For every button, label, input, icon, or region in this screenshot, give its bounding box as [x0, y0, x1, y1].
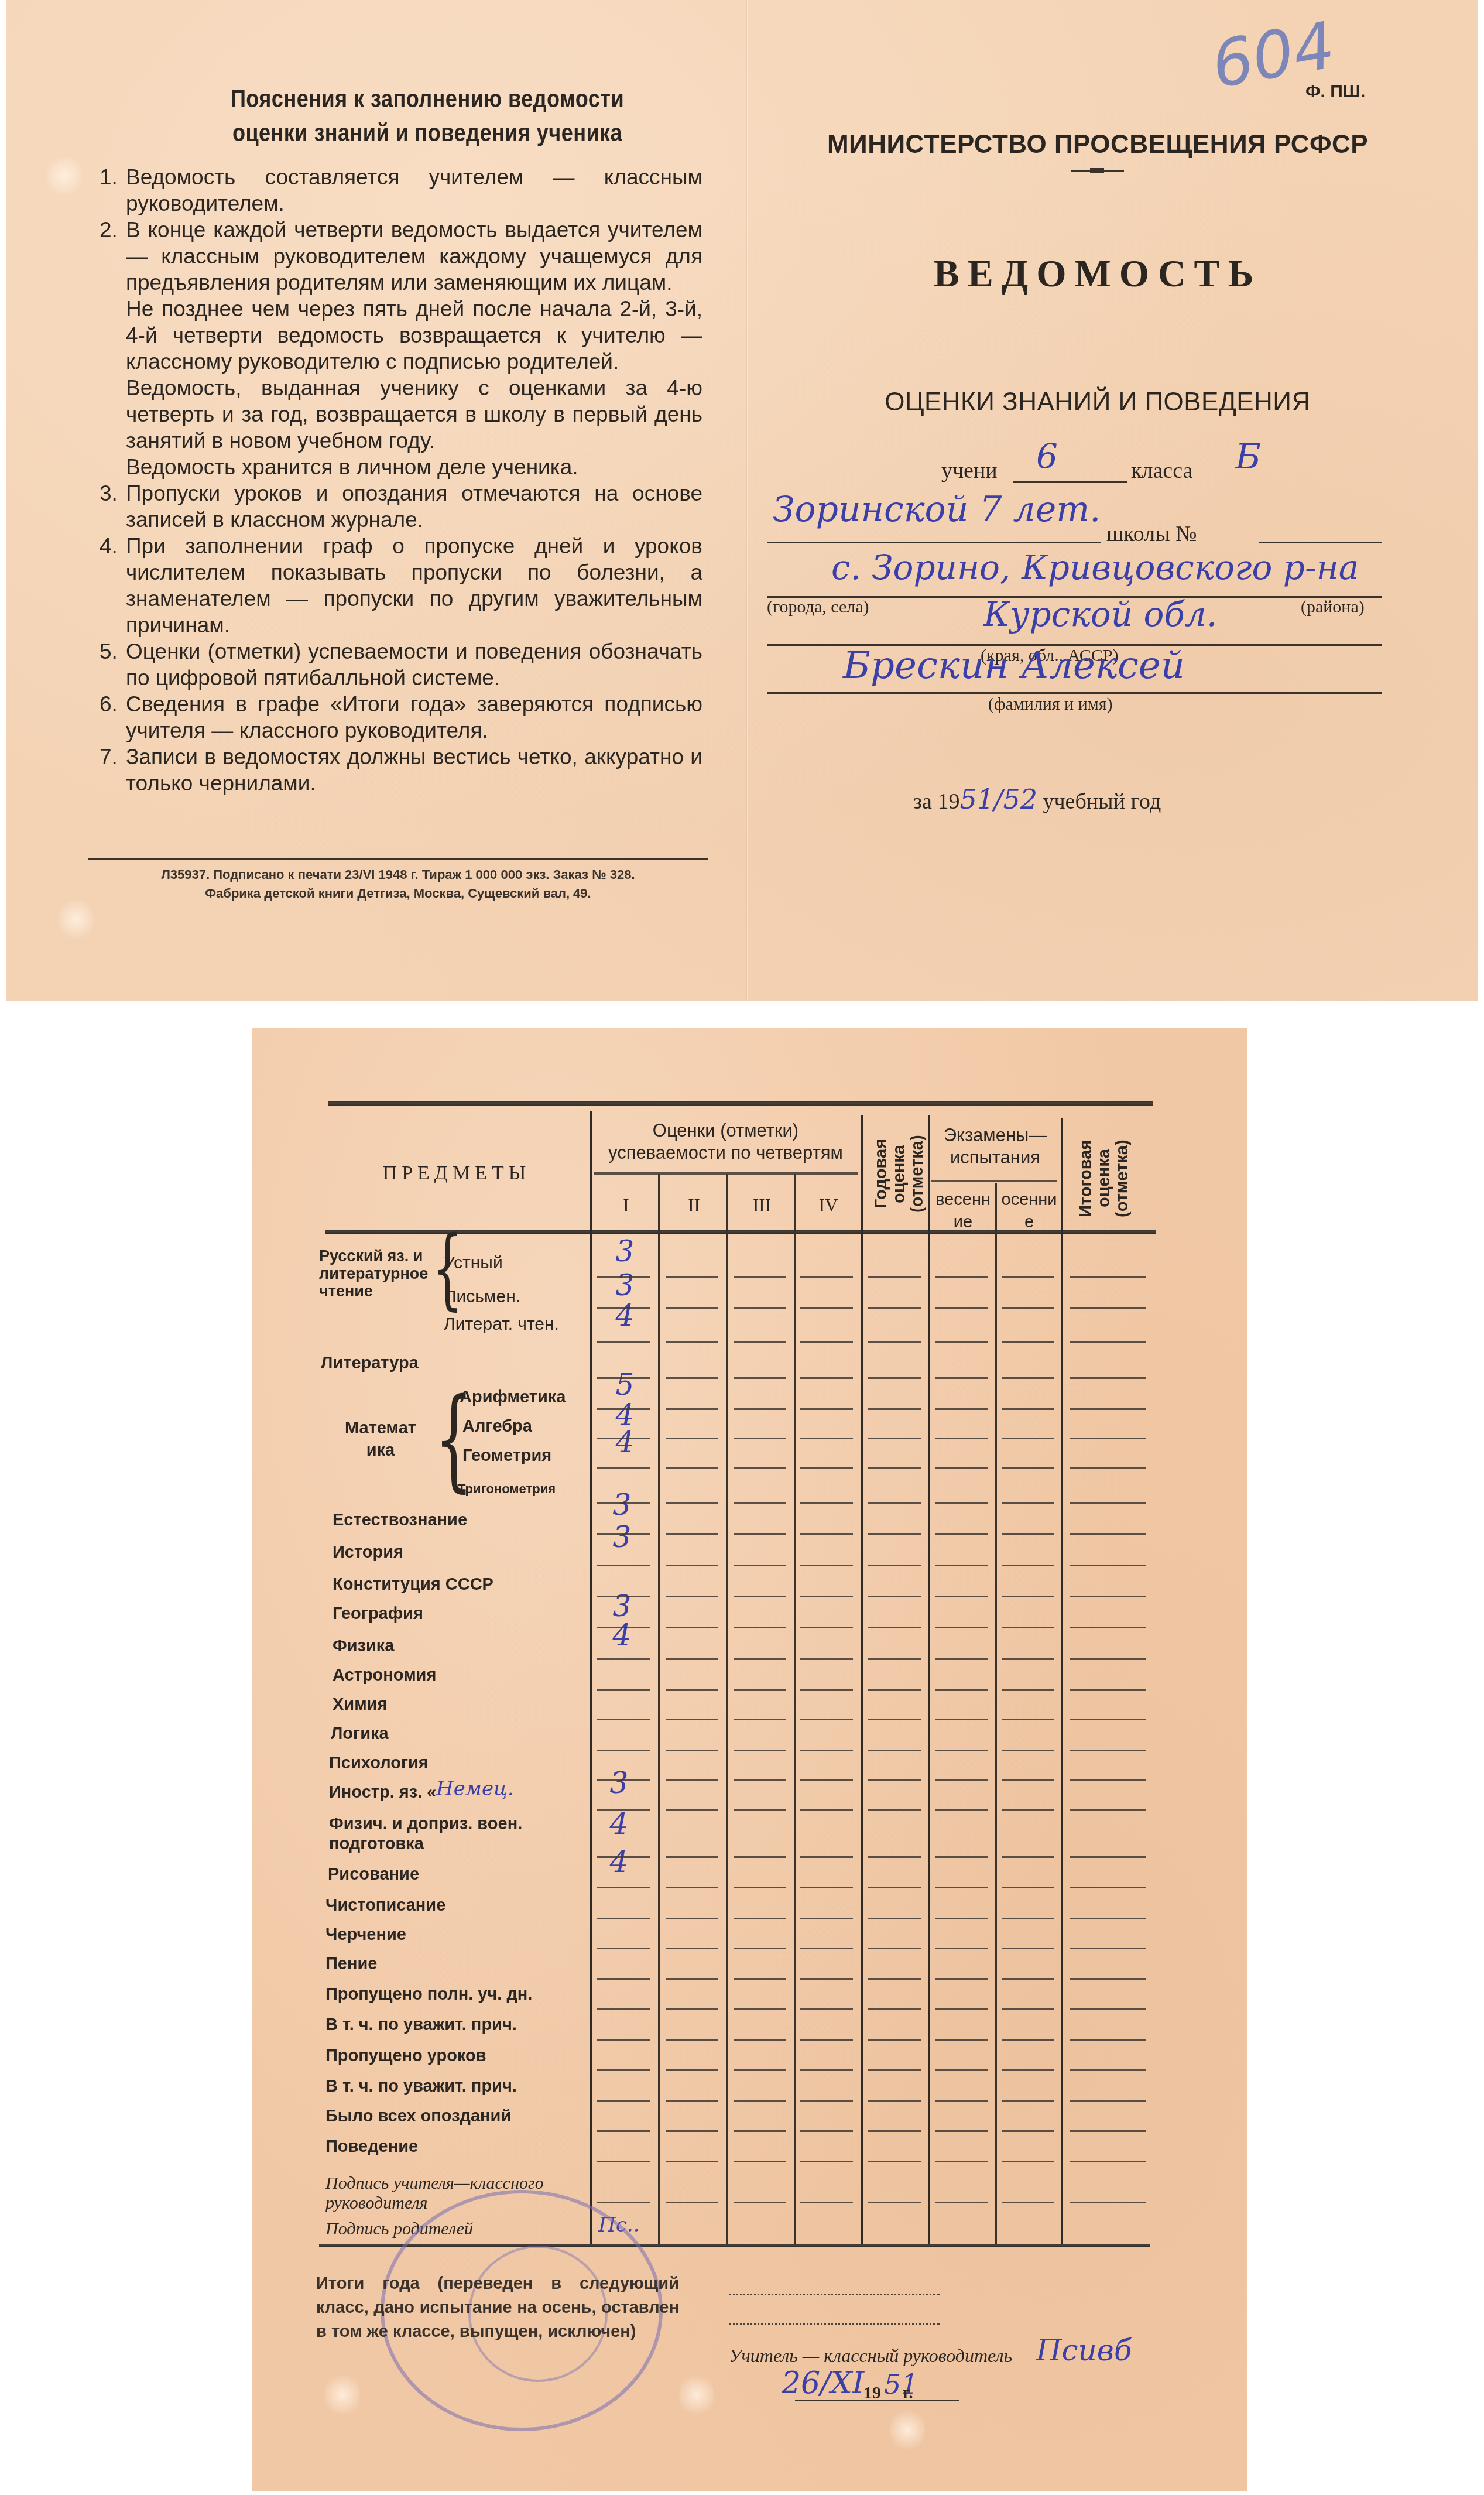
year-results-line-1[interactable] [729, 2294, 940, 2295]
row-label-missed-lessons-excused: В т. ч. по уважит. прич. [325, 2077, 517, 2096]
row-divider-dash [935, 1596, 988, 1597]
row-divider-dash [800, 2069, 853, 2071]
row-divider-dash [1002, 2130, 1054, 2132]
row-divider-dash [666, 1377, 718, 1379]
class-letter-field[interactable]: Б [1235, 436, 1261, 477]
row-label-technical-drawing: Черчение [325, 1925, 406, 1945]
row-label-foreign-language: Иностр. яз. « [329, 1783, 436, 1802]
row-divider-dash [734, 1307, 786, 1309]
date-field[interactable]: 26/XI [782, 2366, 864, 2401]
instruction-item: 3. Пропуски уроков и опоздания отмечаютс… [100, 480, 702, 533]
row-divider-dash [666, 1887, 718, 1888]
row-divider-dash [597, 2202, 650, 2203]
row-divider-dash [1002, 1467, 1054, 1469]
year-prefix: за 19 [913, 789, 959, 814]
row-label-oral: Устный [444, 1253, 503, 1273]
row-divider-dash [935, 1627, 988, 1628]
row-divider-dash [800, 1408, 853, 1410]
final-grade-header: Итоговая оценка (отметка) [1077, 1130, 1130, 1227]
row-divider-dash [734, 1689, 786, 1691]
row-label-missed-days: Пропущено полн. уч. дн. [325, 1985, 532, 2004]
row-divider-dash [1002, 1750, 1054, 1751]
row-divider-dash [800, 1307, 853, 1309]
row-divider-dash [935, 1438, 988, 1439]
row-divider-dash [800, 1779, 853, 1781]
row-divider-dash [1070, 1658, 1146, 1660]
row-divider-dash [734, 1408, 786, 1410]
row-divider-dash [734, 1377, 786, 1379]
row-divider-dash [597, 1408, 650, 1410]
row-divider-dash [868, 1377, 921, 1379]
row-divider-dash [666, 1948, 718, 1949]
row-divider-dash [868, 1948, 921, 1949]
row-divider-dash [597, 1502, 650, 1504]
row-label-lit-reading: Литерат. чтен. [444, 1315, 559, 1334]
row-divider-dash [1070, 1307, 1146, 1309]
row-divider-dash [734, 1809, 786, 1811]
row-divider-dash [666, 1779, 718, 1781]
row-divider-dash [935, 1565, 988, 1566]
grade-cell[interactable]: 5 [591, 1370, 659, 1399]
row-divider-dash [935, 1887, 988, 1888]
instruction-text: Пропуски уроков и опоздания отмечаются н… [126, 480, 702, 533]
year-results-caption: Итоги года (переведен в следующий класс,… [316, 2272, 679, 2344]
grade-cell[interactable]: 3 [585, 1768, 653, 1798]
row-divider-dash [800, 1467, 853, 1469]
row-divider-dash [1070, 1779, 1146, 1781]
grade-cell[interactable]: 4 [591, 1428, 659, 1457]
russian-group-label: Русский яз. и литературное чтение [319, 1247, 427, 1300]
row-divider-dash [1002, 1809, 1054, 1811]
row-divider-dash [1002, 1779, 1054, 1781]
row-divider-dash [1070, 1596, 1146, 1597]
row-divider-dash [1002, 1856, 1054, 1858]
grade-cell[interactable]: 3 [588, 1522, 656, 1552]
row-divider-dash [666, 2161, 718, 2162]
embossed-mark [325, 2371, 360, 2418]
row-divider-dash [1070, 1627, 1146, 1628]
instruction-number: 6. [100, 691, 126, 744]
row-divider-dash [1070, 1341, 1146, 1343]
row-divider-dash [1070, 2069, 1146, 2071]
row-divider-dash [935, 1918, 988, 1919]
row-divider-dash [1002, 1978, 1054, 1980]
row-divider-dash [597, 2069, 650, 2071]
city-caption: (города, села) [767, 597, 869, 617]
instruction-text: Оценки (отметки) успеваемости и поведени… [126, 638, 702, 691]
row-divider-dash [1002, 1341, 1054, 1343]
row-divider-dash [666, 1438, 718, 1439]
quarter-2-header: II [660, 1195, 728, 1217]
school-number-line [1259, 542, 1382, 543]
row-divider-dash [800, 1887, 853, 1888]
row-divider-dash [868, 2161, 921, 2162]
table-top-rule [328, 1101, 1153, 1106]
foreign-language-field[interactable]: Немец. [436, 1777, 514, 1801]
quarters-header: Оценки (отметки) успеваемости по четверт… [592, 1120, 859, 1164]
annual-grade-header: Годовая оценка (отметка) [872, 1124, 919, 1224]
row-label-geography: География [333, 1604, 423, 1624]
row-divider-dash [1070, 2008, 1146, 2010]
row-divider-dash [800, 1533, 853, 1535]
row-divider-dash [597, 2008, 650, 2010]
instruction-text: Не позднее чем через пять дней после нач… [126, 296, 702, 375]
row-divider-dash [800, 1978, 853, 1980]
row-label-singing: Пение [325, 1955, 377, 1974]
row-divider-dash [868, 1978, 921, 1980]
row-divider-dash [935, 2039, 988, 2041]
row-divider-dash [597, 1565, 650, 1566]
row-divider-dash [666, 2069, 718, 2071]
quarter-3-header: III [728, 1195, 796, 1217]
row-divider-dash [1070, 1856, 1146, 1858]
row-divider-dash [1070, 2202, 1146, 2203]
row-divider-dash [1002, 1502, 1054, 1504]
row-divider-dash [1002, 1438, 1054, 1439]
row-divider-dash [666, 1533, 718, 1535]
row-divider-dash [597, 1918, 650, 1919]
row-divider-dash [935, 1276, 988, 1278]
school-number-label: школы № [1106, 521, 1197, 547]
row-divider-dash [597, 1887, 650, 1888]
embossed-mark [890, 2407, 925, 2453]
row-divider-dash [1002, 1307, 1054, 1309]
grade-field-line [1013, 481, 1127, 483]
row-divider-dash [1070, 1467, 1146, 1469]
row-divider-dash [597, 1533, 650, 1535]
row-divider-dash [666, 1918, 718, 1919]
subjects-header: ПРЕДМЕТЫ [328, 1162, 585, 1185]
date-year-suffix: г. [903, 2383, 913, 2403]
instruction-number: 2. [100, 217, 126, 480]
row-divider-dash [666, 2202, 718, 2203]
row-label-geometry: Геометрия [462, 1446, 551, 1466]
row-divider-dash [1070, 1719, 1146, 1720]
row-divider-dash [734, 1467, 786, 1469]
row-divider-dash [935, 1948, 988, 1949]
row-label-conduct: Поведение [325, 2137, 418, 2157]
row-divider-dash [597, 1779, 650, 1781]
grade-cell[interactable]: 4 [591, 1301, 659, 1330]
row-divider-dash [868, 1341, 921, 1343]
row-divider-dash [868, 1565, 921, 1566]
row-label-calligraphy: Чистописание [325, 1896, 445, 1915]
instructions-title: Пояснения к заполнению ведомости оценки … [160, 82, 694, 150]
column-divider [726, 1174, 728, 2244]
row-divider-dash [734, 1948, 786, 1949]
row-divider-dash [666, 1467, 718, 1469]
row-divider-dash [666, 1809, 718, 1811]
row-divider-dash [666, 2130, 718, 2132]
row-divider-dash [1070, 1887, 1146, 1888]
row-divider-dash [800, 1596, 853, 1597]
row-label-lateness: Было всех опозданий [325, 2107, 511, 2126]
school-name-field[interactable]: Зоринской 7 лет. [773, 489, 1101, 530]
ministry-heading: МИНИСТЕРСТВО ПРОСВЕЩЕНИЯ РСФСР [779, 130, 1417, 159]
row-divider-dash [935, 1377, 988, 1379]
row-divider-dash [1002, 2069, 1054, 2071]
name-caption: (фамилия и имя) [988, 694, 1113, 714]
instruction-text: Ведомость хранится в личном деле ученика… [126, 454, 702, 480]
row-divider-dash [1002, 1565, 1054, 1566]
row-divider-dash [666, 1565, 718, 1566]
row-divider-dash [597, 2039, 650, 2041]
row-divider-dash [1002, 1887, 1054, 1888]
city-district-field[interactable]: с. Зорино, Кривцовского р-на [831, 547, 1359, 587]
row-divider-dash [935, 1978, 988, 1980]
date-year-prefix: 19 [863, 2383, 881, 2403]
row-divider-dash [935, 1658, 988, 1660]
instruction-text: Ведомость, выданная ученику с оценками з… [126, 375, 702, 454]
row-divider-dash [1002, 2008, 1054, 2010]
row-divider-dash [597, 1719, 650, 1720]
row-divider-dash [666, 1276, 718, 1278]
row-divider-dash [734, 2069, 786, 2071]
row-divider-dash [597, 1596, 650, 1597]
school-year-field[interactable]: 51/52 [959, 783, 1037, 815]
row-divider-dash [868, 1689, 921, 1691]
grade-cell[interactable]: 4 [588, 1621, 656, 1650]
row-divider-dash [666, 1307, 718, 1309]
row-divider-dash [800, 1809, 853, 1811]
embossed-mark [47, 152, 82, 199]
student-name-field[interactable]: Брескин Алексей [843, 644, 1185, 687]
row-divider-dash [800, 1918, 853, 1919]
embossed-mark [59, 896, 94, 943]
row-divider-dash [868, 1887, 921, 1888]
row-divider-dash [1070, 1689, 1146, 1691]
row-divider-dash [597, 1750, 650, 1751]
row-divider-dash [1070, 1502, 1146, 1504]
row-divider-dash [597, 1627, 650, 1628]
row-divider-dash [800, 1689, 853, 1691]
row-divider-dash [1002, 2202, 1054, 2203]
row-divider-dash [935, 1533, 988, 1535]
row-divider-dash [1070, 1809, 1146, 1811]
row-label-written: Письмен. [444, 1287, 520, 1307]
document-title: ВЕДОМОСТЬ [779, 252, 1417, 296]
row-divider-dash [1002, 2039, 1054, 2041]
row-label-logic: Логика [331, 1724, 389, 1744]
row-divider-dash [1070, 2100, 1146, 2102]
row-divider-dash [734, 1856, 786, 1858]
row-label-constitution: Конституция СССР [333, 1575, 493, 1594]
row-divider-dash [800, 1719, 853, 1720]
row-divider-dash [1070, 1948, 1146, 1949]
row-divider-dash [734, 1341, 786, 1343]
row-label-psychology: Психология [329, 1754, 429, 1773]
row-divider-dash [1070, 1918, 1146, 1919]
instruction-text: Сведения в графе «Итоги года» заверяются… [126, 691, 702, 744]
row-divider-dash [597, 2130, 650, 2132]
quarters-header-rule [594, 1172, 858, 1175]
column-divider [995, 1183, 997, 2244]
exam-autumn-header: осенние [998, 1189, 1061, 1233]
grade-cell[interactable]: 3 [591, 1237, 659, 1266]
fold-line [746, 0, 748, 1001]
row-divider-dash [868, 2100, 921, 2102]
row-divider-dash [597, 1341, 650, 1343]
year-results-line-2[interactable] [729, 2323, 940, 2325]
row-divider-dash [1070, 1565, 1146, 1566]
instruction-number: 7. [100, 744, 126, 796]
row-divider-dash [868, 1438, 921, 1439]
row-divider-dash [597, 1377, 650, 1379]
row-divider-dash [935, 2202, 988, 2203]
row-divider-dash [800, 1856, 853, 1858]
row-label-astronomy: Астрономия [333, 1666, 436, 1685]
instruction-item: 1. Ведомость составляется учителем — кла… [100, 164, 702, 217]
row-divider-dash [597, 2161, 650, 2162]
grade-cell[interactable]: 3 [591, 1271, 659, 1300]
row-divider-dash [666, 2008, 718, 2010]
grade-cell[interactable]: 4 [585, 1809, 653, 1839]
row-divider-dash [734, 1750, 786, 1751]
row-label-physics: Физика [333, 1637, 394, 1656]
grade-cell[interactable]: 4 [585, 1847, 653, 1877]
column-divider [794, 1174, 796, 2244]
instruction-item: 2. В конце каждой четверти ведомость выд… [100, 217, 702, 480]
row-divider-dash [597, 1856, 650, 1858]
row-divider-dash [1002, 1658, 1054, 1660]
grade-field[interactable]: 6 [1036, 436, 1058, 476]
row-divider-dash [800, 1658, 853, 1660]
row-divider-dash [1002, 2161, 1054, 2162]
row-divider-dash [734, 1719, 786, 1720]
row-divider-dash [734, 2202, 786, 2203]
row-divider-dash [868, 1719, 921, 1720]
row-divider-dash [868, 2202, 921, 2203]
row-divider-dash [734, 2130, 786, 2132]
imprint-line-2: Фабрика детской книги Детгиза, Москва, С… [82, 884, 714, 903]
ornament-center [1090, 168, 1104, 173]
row-divider-dash [935, 1809, 988, 1811]
instruction-number: 5. [100, 638, 126, 691]
year-suffix: учебный год [1043, 789, 1161, 814]
row-divider-dash [1002, 1276, 1054, 1278]
row-divider-dash [597, 1307, 650, 1309]
region-field[interactable]: Курской обл. [983, 594, 1217, 634]
row-divider-dash [597, 1809, 650, 1811]
teacher-signature-label: Учитель — классный руководитель [729, 2345, 1012, 2367]
row-divider-dash [734, 1779, 786, 1781]
row-divider-dash [800, 1565, 853, 1566]
row-label-physical-training: Физич. и доприз. воен. подготовка [329, 1814, 581, 1854]
exams-header-rule [931, 1180, 1057, 1182]
row-divider-dash [666, 1596, 718, 1597]
row-divider-dash [734, 2039, 786, 2041]
printer-imprint: Л35937. Подписано к печати 23/VI 1948 г.… [82, 865, 714, 903]
row-divider-dash [868, 1467, 921, 1469]
row-divider-dash [1070, 1533, 1146, 1535]
row-divider-dash [935, 1779, 988, 1781]
row-label-literature: Литература [321, 1354, 419, 1373]
school-year-line: за 1951/52 учебный год [913, 783, 1161, 815]
row-divider-dash [734, 1627, 786, 1628]
row-divider-dash [734, 2161, 786, 2162]
row-divider-dash [800, 2100, 853, 2102]
row-divider-dash [734, 1978, 786, 1980]
class-label: класса [1131, 458, 1192, 484]
row-divider-dash [1002, 1719, 1054, 1720]
row-divider-dash [800, 1377, 853, 1379]
row-divider-dash [597, 2100, 650, 2102]
row-divider-dash [666, 1408, 718, 1410]
row-divider-dash [1002, 1408, 1054, 1410]
row-divider-dash [868, 1276, 921, 1278]
instruction-item: 4. При заполнении граф о пропуске дней и… [100, 533, 702, 638]
row-divider-dash [1070, 1438, 1146, 1439]
row-divider-dash [868, 1596, 921, 1597]
row-divider-dash [935, 2069, 988, 2071]
row-divider-dash [935, 1856, 988, 1858]
row-divider-dash [800, 1276, 853, 1278]
row-divider-dash [666, 2039, 718, 2041]
form-code: Ф. ПШ. [1305, 82, 1365, 102]
row-divider-dash [666, 1978, 718, 1980]
student-name-line [767, 692, 1382, 694]
quarter-1-header: I [592, 1195, 660, 1217]
row-divider-dash [1002, 1596, 1054, 1597]
row-divider-dash [868, 1307, 921, 1309]
row-divider-dash [935, 1502, 988, 1504]
teacher-signature[interactable]: Псивб [1036, 2333, 1132, 2367]
grade-cell[interactable]: 3 [588, 1490, 656, 1519]
row-divider-dash [868, 1918, 921, 1919]
row-divider-dash [666, 2100, 718, 2102]
row-label-natural-science: Естествознание [333, 1511, 467, 1530]
column-divider [928, 1115, 930, 2244]
row-divider-dash [666, 1502, 718, 1504]
row-divider-dash [800, 1502, 853, 1504]
row-divider-dash [666, 1658, 718, 1660]
row-divider-dash [935, 1408, 988, 1410]
row-divider-dash [666, 1719, 718, 1720]
row-divider-dash [1070, 2130, 1146, 2132]
row-divider-dash [1002, 1377, 1054, 1379]
row-divider-dash [800, 2130, 853, 2132]
row-divider-dash [734, 1438, 786, 1439]
row-divider-dash [868, 2008, 921, 2010]
row-divider-dash [935, 2161, 988, 2162]
column-divider [658, 1174, 660, 2244]
row-divider-dash [800, 2008, 853, 2010]
instruction-number: 4. [100, 533, 126, 638]
row-divider-dash [800, 2039, 853, 2041]
instruction-item: 6. Сведения в графе «Итоги года» заверяю… [100, 691, 702, 744]
row-divider-dash [800, 1341, 853, 1343]
row-divider-dash [868, 1658, 921, 1660]
row-divider-dash [734, 1596, 786, 1597]
row-divider-dash [935, 1689, 988, 1691]
row-divider-dash [1070, 2039, 1146, 2041]
row-divider-dash [734, 1658, 786, 1660]
row-divider-dash [1070, 2161, 1146, 2162]
date-year-field[interactable]: 51 [884, 2369, 918, 2400]
district-caption: (района) [1301, 597, 1365, 617]
document-subtitle: ОЦЕНКИ ЗНАНИЙ И ПОВЕДЕНИЯ [779, 388, 1417, 417]
row-divider-dash [1070, 1978, 1146, 1980]
instructions-title-line-2: оценки знаний и поведения ученика [160, 116, 694, 150]
instruction-item: 7. Записи в ведомостях должны вестись че… [100, 744, 702, 796]
row-divider-dash [666, 1856, 718, 1858]
row-divider-dash [666, 1750, 718, 1751]
row-divider-dash [935, 2130, 988, 2132]
quarter-4-header: IV [796, 1195, 861, 1217]
instruction-number: 3. [100, 480, 126, 533]
row-divider-dash [935, 1307, 988, 1309]
row-divider-dash [1070, 1276, 1146, 1278]
